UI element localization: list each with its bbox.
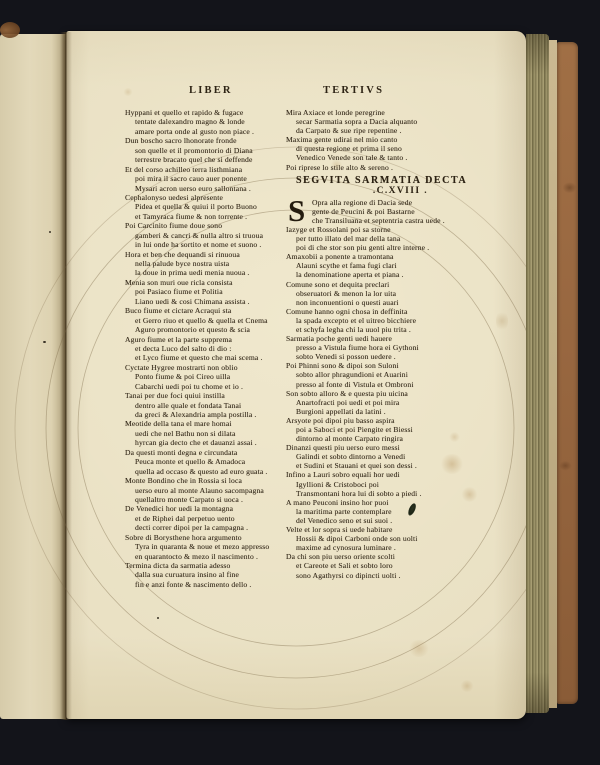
- verse-line: tentate dalexandro magno & londe: [125, 117, 277, 126]
- verse-line: terrestre bracato quel che si deffende: [125, 155, 277, 164]
- binding-glimpse: [0, 22, 20, 38]
- verse-line: et Gerro riuo et quello & quella et Cnem…: [125, 316, 277, 325]
- verse-line: Mysari acron uerso euro sallontana .: [125, 184, 277, 193]
- verse-line: la spada excepto et el uitreo bicchiere: [286, 316, 444, 325]
- verse-line: Aguro fiume et la parte supprema: [125, 335, 277, 344]
- verse-line: poi di che stor son piu genti altre inte…: [286, 243, 444, 252]
- verse-line: che Transiluana et septentria castra ued…: [312, 216, 444, 225]
- verse-line: Maxima gente udirai nel mio canto: [286, 135, 444, 144]
- verse-line: Hyppani et quello et rapido & fugace: [125, 108, 277, 117]
- verse-line: Mira Axiace et londe peregrine: [286, 108, 444, 117]
- verse-line: Monte Bondino che in Rossia si loca: [125, 476, 277, 485]
- verse-line: Ponto fiume & poi Cireo uilla: [125, 372, 277, 381]
- chapter-number: .C.XVIII .: [286, 186, 444, 197]
- verse-line: dintorno al monte Carpato ringira: [286, 434, 444, 443]
- verse-line: Da questi monti degna e circundata: [125, 448, 277, 457]
- verse-line: la denominatione aperta et piana .: [286, 270, 444, 279]
- verse-line: en quarantocto & mezo il nascimento .: [125, 552, 277, 561]
- verse-line: Dun boscho sacro lhonorate fronde: [125, 136, 277, 145]
- verse-line: Sarmatia poche genti uedi hauere: [286, 334, 444, 343]
- verse-line: Comune hanno ogni chosa in deffinita: [286, 307, 444, 316]
- verse-line: poi mira il sacro cauo auer ponente: [125, 174, 277, 183]
- verse-line: et Sudini et Stauani et quei son dessi .: [286, 461, 444, 470]
- verse-line: Anartofracti poi uedi et poi mira: [286, 398, 444, 407]
- verse-line: uedi che nel Bathu non si dilata: [125, 429, 277, 438]
- verse-line: Opra alla regione di Dacia sede: [312, 198, 444, 207]
- verse-line: Poi Carcinito fiume doue sono: [125, 221, 277, 230]
- verse-line: Poi riprese lo stile alto & sereno .: [286, 163, 444, 172]
- verse-line: Son sobto alloro & e questa piu uicina: [286, 389, 444, 398]
- verse-line: poi a Saboci et poi Piengite et Biessi: [286, 425, 444, 434]
- verse-line: Iazyge et Rossolani poi sa storne: [286, 225, 444, 234]
- verse-line: gamberi & cancri & nulla altro si truoua: [125, 231, 277, 240]
- verse-line: in lui onde ha sortito et nome et suono …: [125, 240, 277, 249]
- verse-line: presso a Vistula fiume hora ei Gythoni: [286, 343, 444, 352]
- verse-line: da Carpato & sue ripe repentine .: [286, 126, 444, 135]
- verse-line: Arsyote poi dipoi piu basso aspira: [286, 416, 444, 425]
- flyleaf-edge: [549, 40, 557, 708]
- verse-line: Alauni scythe et fama fugi clari: [286, 261, 444, 270]
- verse-line: Menia son muri oue ricla consista: [125, 278, 277, 287]
- verse-line: nella palude byce nostra uista: [125, 259, 277, 268]
- verse-line: la maritima parte contemplare: [286, 507, 444, 516]
- verse-line: Aguro promontorio et questo & scia: [125, 325, 277, 334]
- verse-line: Buco fiume et cictare Acraqui sta: [125, 306, 277, 315]
- verse-line: uerso euro al monte Alauno sacompagna: [125, 486, 277, 495]
- verse-line: amare porta onde al gusto non piace .: [125, 127, 277, 136]
- cover-board-edge: [557, 42, 578, 704]
- verse-line: Peuca monte et quello & Amadoca: [125, 457, 277, 466]
- verse-line: A mano Peuconi insino hor puoi: [286, 498, 444, 507]
- verse-line: et Careote et Sali et sobto loro: [286, 561, 444, 570]
- verse-line: Sobre di Borysthene hora argumento: [125, 533, 277, 542]
- verse-line: Pidea et quella & quiui il porto Buono: [125, 202, 277, 211]
- verse-line: Hossii & dipoi Carboni onde son uolti: [286, 534, 444, 543]
- fore-edge-leaves: [526, 34, 549, 713]
- verse-line: et Tamyraca fiume & non torrente .: [125, 212, 277, 221]
- text-column-right: Mira Axiace et londe peregrinesecar Sarm…: [286, 108, 444, 580]
- drop-cap-initial: S: [288, 197, 305, 225]
- verse-line: Hora et ben che dequandi si rinuoua: [125, 250, 277, 259]
- gutter-shadow: [60, 32, 72, 720]
- book-photo: LIBER TERTIVS Hyppani et quello et rapid…: [0, 0, 600, 765]
- verse-line: dentro alle quale et fondata Tanai: [125, 401, 277, 410]
- verse-line: quella ad occaso & questo ad euro guata …: [125, 467, 277, 476]
- verse-line: Da chi son piu uerso oriente scolti: [286, 552, 444, 561]
- verse-line: et decta Luco del salto di dio :: [125, 344, 277, 353]
- verse-line: decti correr dipoi per la campagna .: [125, 523, 277, 532]
- verse-line: Tyra in quaranta & noue et mezo appresso: [125, 542, 277, 551]
- verse-line: Cephalonyso uedesi alpresente: [125, 193, 277, 202]
- chapter-heading: SEGVITA SARMATIA DECTA: [296, 175, 444, 186]
- verse-line: Poi Phinni sono & dipoi son Suloni: [286, 361, 444, 370]
- verse-line: per tutto illato del mar della tana: [286, 234, 444, 243]
- verse-line: sobto allor phragundioni et Auarini: [286, 370, 444, 379]
- verse-line: Transmontani hora lui di sobto a piedi .: [286, 489, 444, 498]
- drop-cap-lines: Opra alla regione di Dacia sedegente de …: [312, 198, 444, 225]
- right-column-intro: Mira Axiace et londe peregrinesecar Sarm…: [286, 108, 444, 172]
- verse-line: hyrcan gia decto che et dauanzi assai .: [125, 438, 277, 447]
- verse-line: sobto Venedi si posson uedere .: [286, 352, 444, 361]
- verse-line: De Venedici hor uedi la montagna: [125, 504, 277, 513]
- verse-line: Venedico Venede son tale & tanto .: [286, 153, 444, 162]
- drop-cap-block: S Opra alla regione di Dacia sedegente d…: [286, 198, 444, 225]
- verse-line: obseruatori & menon la lor uita: [286, 289, 444, 298]
- running-header-right: TERTIVS: [323, 85, 384, 96]
- verse-line: maxime ad cynosura luminare .: [286, 543, 444, 552]
- verse-line: Cabarchi uedi poi tu chome et io .: [125, 382, 277, 391]
- verse-line: Liano uedi & cosi Chimana assista .: [125, 297, 277, 306]
- verse-line: Amaxobii a ponente a tramontana: [286, 252, 444, 261]
- verse-line: sono Agathyrsi co dipincti uolti .: [286, 571, 444, 580]
- verse-line: Burgioni appellati da latini .: [286, 407, 444, 416]
- verse-line: Meotide della tana el mare homai: [125, 419, 277, 428]
- verse-line: fin e anzi fonte & nascimento dello .: [125, 580, 277, 589]
- verse-line: del Venedico seno et sui suoi .: [286, 516, 444, 525]
- verse-line: Dinanzi questi piu uerso euro messi: [286, 443, 444, 452]
- right-column-body: Iazyge et Rossolani poi sa storneper tut…: [286, 225, 444, 580]
- verse-line: Et del corso achilleo terra listhmiana: [125, 165, 277, 174]
- verse-line: dalla sua curuatura insino al fine: [125, 570, 277, 579]
- verse-line: secar Sarmatia sopra a Dacia alquanto: [286, 117, 444, 126]
- verse-line: quellaltro monte Carpato si uoca .: [125, 495, 277, 504]
- verse-line: Galindi et sobto dintorno a Venedi: [286, 452, 444, 461]
- verse-line: da greci & Alexandria ampla postilla .: [125, 410, 277, 419]
- running-header-left: LIBER: [189, 85, 233, 96]
- verse-line: poi Pasiaco fiume et Politia: [125, 287, 277, 296]
- verse-line: non inconuentioni o questi auari: [286, 298, 444, 307]
- verse-line: et Lyco fiume et questo che mai scema .: [125, 353, 277, 362]
- verse-line: Velte et lor sopra si uede habitare: [286, 525, 444, 534]
- verse-line: Infino a Lauri sobro equali hor uedi: [286, 470, 444, 479]
- verse-line: et schyfa legha chi la uuol piu trita .: [286, 325, 444, 334]
- verse-line: Igyllioni & Cristoboci poi: [286, 480, 444, 489]
- facing-page-sliver: [0, 34, 66, 719]
- verse-line: gente de Peucini & poi Bastarne: [312, 207, 444, 216]
- verse-line: son quelle et il promontorio di Diana: [125, 146, 277, 155]
- verse-line: presso al fonte di Vistula et Ombroni: [286, 380, 444, 389]
- verse-line: la doue in prima uedi menia nuoua .: [125, 268, 277, 277]
- text-column-left: Hyppani et quello et rapido & fugacetent…: [125, 108, 277, 589]
- verse-line: Comune sono et dequita preclari: [286, 280, 444, 289]
- verse-line: di questa regione et prima il seno: [286, 144, 444, 153]
- verse-line: et de Riphei dal perpetuo uento: [125, 514, 277, 523]
- verse-line: Tanai per due foci quiui instilla: [125, 391, 277, 400]
- verse-line: Cyctate Hygree mostrarti non oblio: [125, 363, 277, 372]
- verse-line: Termina dicta da sarmatia adesso: [125, 561, 277, 570]
